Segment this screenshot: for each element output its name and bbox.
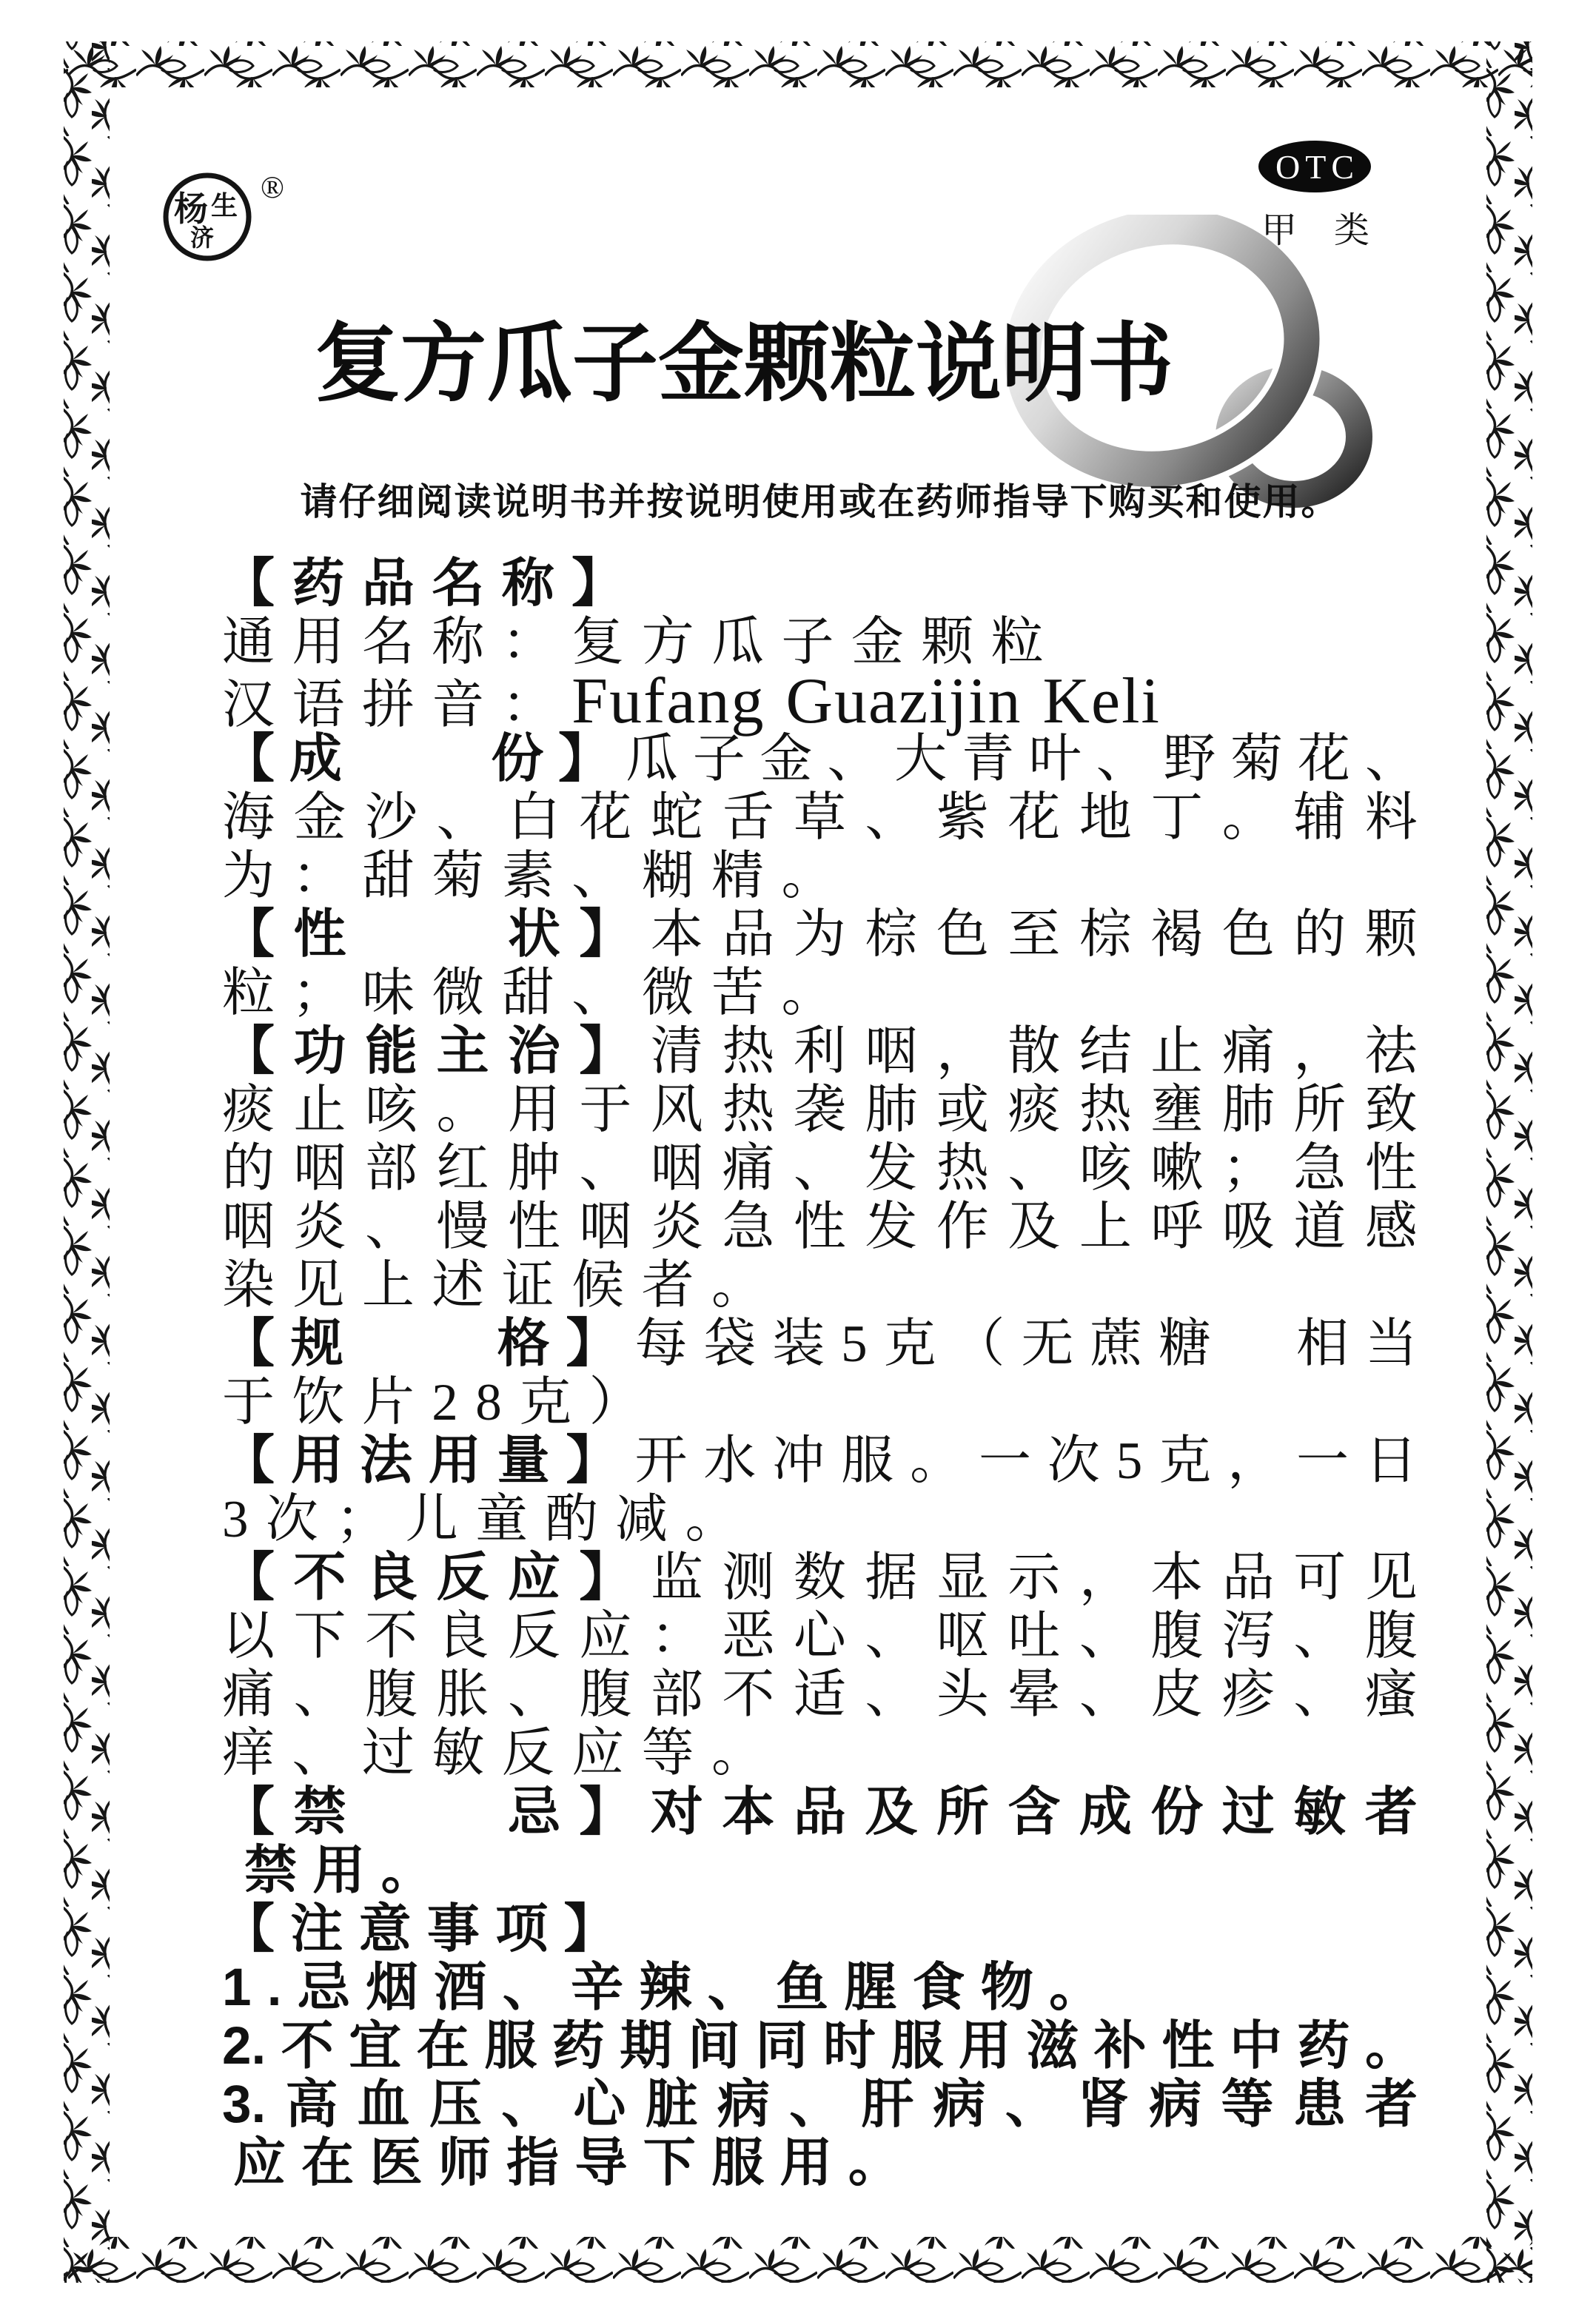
char: ： [651,1608,703,1666]
char: 克 [1159,1432,1211,1491]
text-segment: 为：甜菊素、糊精。 [222,848,851,905]
char: 、 [789,2075,842,2134]
char: 色 [1222,906,1275,964]
char: 呕 [936,1608,989,1666]
char: 菊 [1230,731,1283,789]
text-line: 汉语拼音：Fufang Guazijin Keli [222,672,1418,731]
char: 慢 [436,1198,489,1257]
char: 金 [760,731,813,789]
char: 吸 [1222,1198,1275,1257]
otc-grade-char-1: 甲 [1261,201,1297,252]
char: 海 [222,789,275,848]
char: 所 [936,1783,989,1842]
char: 药 [1297,2017,1349,2075]
char: 肺 [865,1081,917,1140]
char: 服 [841,1432,893,1491]
char: 叶 [1029,731,1082,789]
text-segment: Fufang Guazijin Keli [571,665,1161,737]
text-line: 以下不良反应：恶心、呕吐、腹泻、腹 [222,1608,1418,1666]
char: 适 [794,1666,846,1725]
char: 功 [293,1023,346,1081]
char: 【 [222,1315,275,1374]
char: 示 [1007,1549,1060,1608]
char: 热 [1079,1081,1132,1140]
char: 嗽 [1150,1140,1203,1198]
char: 、 [293,1666,346,1725]
border-right [1486,41,1532,2283]
char: 颗 [1365,906,1418,964]
char: 禁 [293,1783,346,1842]
char: 每 [634,1315,687,1374]
char: 本 [1150,1549,1203,1608]
char: 血 [358,2075,410,2134]
char: 部 [365,1140,418,1198]
char: 】 [579,1783,631,1842]
char: 】 [579,1023,631,1081]
char: 咽 [222,1198,275,1257]
char: 散 [1007,1023,1060,1081]
char: 期 [620,2017,672,2075]
char: 中 [1230,2017,1282,2075]
char: 花 [1007,789,1060,848]
char: 上 [1079,1198,1132,1257]
char: ， [936,1023,989,1081]
text-segment: 3次；儿童酌减。 [222,1491,755,1548]
char: 肝 [861,2075,913,2134]
char: 、 [508,1666,560,1725]
char: 用 [291,1432,343,1491]
char: 【 [222,1023,275,1081]
char: 监 [651,1549,703,1608]
char: 高 [285,2075,338,2134]
char: 大 [894,731,947,789]
char: 宜 [349,2017,401,2075]
char: 应 [579,1608,631,1666]
text-line: 痰止咳。用于风热袭肺或痰热壅肺所致 [222,1081,1418,1140]
char: 瘙 [1365,1666,1418,1725]
otc-grade: 甲 类 [1261,201,1369,252]
char: 祛 [1365,1023,1418,1081]
char: 同 [755,2017,808,2075]
text-line: 3.高血压、心脏病、肝病、肾病等患者 [222,2075,1418,2134]
char: 不 [293,1549,346,1608]
char: 应 [508,1549,560,1608]
char: 品 [1222,1549,1275,1608]
text-line: 【不良反应】监测数据显示，本品可见 [222,1549,1418,1608]
char: 痛 [1222,1023,1275,1081]
char: 据 [865,1549,917,1608]
char: 。 [910,1432,962,1491]
char: 瓜 [626,731,678,789]
char: 肺 [1222,1081,1275,1140]
char: 子 [693,731,745,789]
char: 补 [1094,2017,1147,2075]
char: 服 [484,2017,537,2075]
char: 不 [722,1666,774,1725]
char: 品 [794,1783,846,1842]
char: 、 [1079,1666,1132,1725]
text-line: 【规 格】每袋装5克（无蔗糖 相当 [222,1315,1418,1374]
char: 金 [293,789,346,848]
char: 性 [794,1198,846,1257]
text-segment: 痒、过敏反应等。 [222,1725,781,1782]
char: 、 [1005,2075,1058,2134]
char: 本 [722,1783,774,1842]
char: 至 [1007,906,1060,964]
char: 病 [717,2075,770,2134]
char: 不 [281,2017,334,2075]
otc-badge: OTC [1258,141,1371,192]
logo-char-1: 杨 [174,189,208,228]
char: 5 [841,1315,868,1374]
char: 紫 [936,789,989,848]
char: 】 [579,1549,631,1608]
char: 腹 [1150,1608,1203,1666]
char: 主 [436,1023,489,1081]
char: 】 [558,731,611,789]
char: 痰 [222,1081,275,1140]
char: 舌 [722,789,774,848]
char: 热 [936,1140,989,1198]
char [365,1783,418,1842]
char: 当 [1365,1315,1418,1374]
char: 所 [1293,1081,1346,1140]
char: 皮 [1150,1666,1203,1725]
text-segment: 通用名称：复方瓜子金颗粒 [222,614,1061,671]
char: 、 [501,2075,554,2134]
char: 【 [222,731,275,789]
char: 发 [865,1140,917,1198]
char: 咳 [365,1081,418,1140]
char: 花 [579,789,631,848]
char: 褐 [1150,906,1203,964]
char: 忌 [508,1783,560,1842]
char: 治 [508,1023,560,1081]
char: 、 [1293,1666,1346,1725]
char: 晕 [1007,1666,1060,1725]
char: 咽 [293,1140,346,1198]
char: 【 [222,1549,275,1608]
char: 药 [552,2017,605,2075]
char: 部 [651,1666,703,1725]
char: 反 [508,1608,560,1666]
char: 痰 [1007,1081,1060,1140]
text-line: 2.不宜在服药期间同时服用滋补性中药。 [222,2017,1418,2075]
char: 沙 [365,789,418,848]
char: 对 [651,1783,703,1842]
char: ， [1227,1432,1280,1491]
char: 含 [1007,1783,1060,1842]
char: 相 [1296,1315,1349,1374]
char [1227,1315,1280,1374]
char: 下 [293,1608,346,1666]
char: 见 [1365,1549,1418,1608]
text-line: 咽炎、慢性咽炎急性发作及上呼吸道感 [222,1198,1418,1257]
char: 发 [865,1198,917,1257]
char: 、 [1079,1608,1132,1666]
text-segment: 【药品名称】 [222,555,642,613]
border-bottom [64,2237,1532,2283]
char: 、 [365,1198,418,1257]
char: ， [1293,1023,1346,1081]
char: 一 [1296,1432,1349,1491]
text-segment: 3. [222,2075,266,2134]
char: 泻 [1222,1608,1275,1666]
text-line: 禁用。 [222,1842,1418,1900]
char: 、 [827,731,879,789]
char: 用 [959,2017,1011,2075]
char: 心 [794,1608,846,1666]
char: 、 [865,1608,917,1666]
text-line: 【性 状】本品为棕色至棕褐色的颗 [222,906,1418,964]
char: 本 [651,906,703,964]
char: 、 [1096,731,1149,789]
char: 次 [1047,1432,1100,1491]
char: 装 [772,1315,825,1374]
char: 草 [794,789,846,848]
char: 法 [360,1432,412,1491]
char: 咽 [865,1023,917,1081]
char: 、 [794,1140,846,1198]
char: 蔗 [1090,1315,1142,1374]
page-title: 复方瓜子金颗粒说明书 [315,295,1173,418]
char: 状 [508,906,560,964]
char: 致 [1365,1081,1418,1140]
char: 反 [436,1549,489,1608]
char: 用 [429,1432,481,1491]
char: 色 [936,906,989,964]
char: 时 [823,2017,876,2075]
char: 疹 [1222,1666,1275,1725]
char: 病 [933,2075,986,2134]
text-line: 痒、过敏反应等。 [222,1725,1418,1783]
char: 【 [222,906,275,964]
char: 、 [1293,1608,1346,1666]
border-top [64,41,1532,87]
char: 棕 [1079,906,1132,964]
text-line: 应在医师指导下服用。 [222,2134,1418,2192]
char: （ [952,1315,1005,1374]
char: 青 [962,731,1014,789]
char: 清 [651,1023,703,1081]
char: 以 [222,1608,275,1666]
text-line: 粒；味微甜、微苦。 [222,964,1418,1023]
char: 性 [293,906,346,964]
char: 袋 [703,1315,756,1374]
char: 红 [436,1140,489,1198]
char: 及 [865,1783,917,1842]
advisory-subtitle: 请仔细阅读说明书并按说明使用或在药师指导下购买和使用。 [222,472,1418,526]
text-segment: 2. [222,2017,266,2075]
char: 性 [1365,1140,1418,1198]
char: 可 [1293,1549,1346,1608]
char: 结 [1079,1023,1132,1081]
char: 作 [936,1198,989,1257]
char: 用 [508,1081,560,1140]
char [423,731,476,789]
char: 不 [365,1608,418,1666]
char: 野 [1163,731,1216,789]
char: 及 [1007,1198,1060,1257]
char [360,1315,412,1374]
char: ， [1079,1549,1132,1608]
text-line: 通用名称：复方瓜子金颗粒 [222,614,1418,672]
char: 道 [1293,1198,1346,1257]
char: 、 [865,1666,917,1725]
char: 格 [497,1315,550,1374]
char: 蛇 [651,789,703,848]
char: 棕 [865,906,917,964]
text-segment: 应在医师指导下服用。 [233,2134,916,2192]
text-segment: 于饮片28克） [222,1374,659,1432]
char: 咽 [651,1140,703,1198]
char: 滋 [1026,2017,1079,2075]
char: 辅 [1293,789,1346,848]
char: 品 [722,906,774,964]
char: 心 [573,2075,626,2134]
char: 测 [722,1549,774,1608]
text-line: 于饮片28克） [222,1374,1418,1432]
char: 间 [688,2017,740,2075]
char: 丁 [1150,789,1203,848]
char: 白 [508,789,560,848]
char: 、 [1365,731,1418,789]
char: 、 [865,789,917,848]
char: 恶 [722,1608,774,1666]
registered-trademark-icon: ® [261,170,284,206]
char: 量 [497,1432,550,1491]
char: 急 [722,1198,774,1257]
char: ； [1222,1140,1275,1198]
char: 糖 [1159,1315,1211,1374]
char: 性 [508,1198,560,1257]
char: 良 [365,1549,418,1608]
char: 热 [722,1081,774,1140]
char [429,1315,481,1374]
text-line: 【注意事项】 [222,1900,1418,1959]
char: 份 [491,731,543,789]
otc-badge-label: OTC [1270,147,1359,187]
char: 痛 [722,1140,774,1198]
text-line: 1.忌烟酒、辛辣、鱼腥食物。 [222,1959,1418,2017]
text-line: 【成 份】瓜子金、大青叶、野菊花、 [222,731,1418,789]
char: 服 [891,2017,943,2075]
char [365,906,418,964]
char [436,1783,489,1842]
char: 咳 [1079,1140,1132,1198]
char [357,731,409,789]
text-line: 为：甜菊素、糊精。 [222,848,1418,906]
char: 花 [1298,731,1350,789]
text-segment: 染见上述证候者。 [222,1257,781,1315]
char: 脏 [646,2075,698,2134]
char: 在 [417,2017,469,2075]
char: 性 [1161,2017,1214,2075]
char: 肾 [1077,2075,1130,2134]
char: 咽 [579,1198,631,1257]
char: 水 [703,1432,756,1491]
text-segment: 粒；味微甜、微苦。 [222,964,851,1022]
char: 或 [936,1081,989,1140]
char: 风 [651,1081,703,1140]
char: 克 [884,1315,936,1374]
char: 显 [936,1549,989,1608]
char: 。 [436,1081,489,1140]
char: 炎 [651,1198,703,1257]
char: 无 [1021,1315,1073,1374]
logo-char-2: 生 [211,190,238,221]
brand-logo: 杨 生 济 [159,169,255,265]
text-line: 痛、腹胀、腹部不适、头晕、皮疹、瘙 [222,1666,1418,1725]
char: 热 [722,1023,774,1081]
text-line: 染见上述证候者。 [222,1257,1418,1315]
leaflet-page: 杨 生 济 ® OTC 甲 类 复方瓜子金颗粒说明书 请仔细阅读说明 [0,0,1596,2319]
char: 者 [1365,1783,1418,1842]
text-line: 3次；儿童酌减。 [222,1491,1418,1549]
char: 的 [1293,906,1346,964]
char: 炎 [293,1198,346,1257]
char: 冲 [772,1432,825,1491]
char: 地 [1079,789,1132,848]
char: 感 [1365,1198,1418,1257]
char: 良 [436,1608,489,1666]
char: 患 [1293,2075,1346,2134]
char: 袭 [794,1081,846,1140]
char: 能 [365,1023,418,1081]
text-line: 【用法用量】开水冲服。一次5克，一日 [222,1432,1418,1491]
char: 】 [566,1315,619,1374]
char: 日 [1365,1432,1418,1491]
char: 开 [634,1432,687,1491]
text-line: 海金沙、白花蛇舌草、紫花地丁。辅料 [222,789,1418,848]
text-segment: 禁用。 [244,1842,449,1900]
char: 头 [936,1666,989,1725]
char: 于 [579,1081,631,1140]
text-segment: 汉语拼音： [222,677,571,734]
char: 、 [436,789,489,848]
char [436,906,489,964]
char: 】 [579,906,631,964]
text-line: 【功能主治】清热利咽，散结止痛，祛 [222,1023,1418,1081]
char: 肿 [508,1140,560,1198]
char: 份 [1150,1783,1203,1842]
char: 成 [1079,1783,1132,1842]
char: 。 [1222,789,1275,848]
char: 吐 [1007,1608,1060,1666]
char: 一 [979,1432,1031,1491]
char: 腹 [1365,1608,1418,1666]
char: 过 [1222,1783,1275,1842]
char: 成 [289,731,342,789]
char: 胀 [436,1666,489,1725]
char: 】 [566,1432,619,1491]
char: 呼 [1150,1198,1203,1257]
char: 急 [1293,1140,1346,1198]
char: 壅 [1150,1081,1203,1140]
char: 者 [1365,2075,1418,2134]
char: 数 [794,1549,846,1608]
text-line: 【药品名称】 [222,555,1418,614]
char: 。 [1365,2017,1418,2075]
char: 腹 [365,1666,418,1725]
char: 利 [794,1023,846,1081]
border-left [64,41,110,2283]
char: 痛 [222,1666,275,1725]
char: 规 [291,1315,343,1374]
char: 为 [794,906,846,964]
char: 敏 [1293,1783,1346,1842]
char: 【 [222,1432,275,1491]
